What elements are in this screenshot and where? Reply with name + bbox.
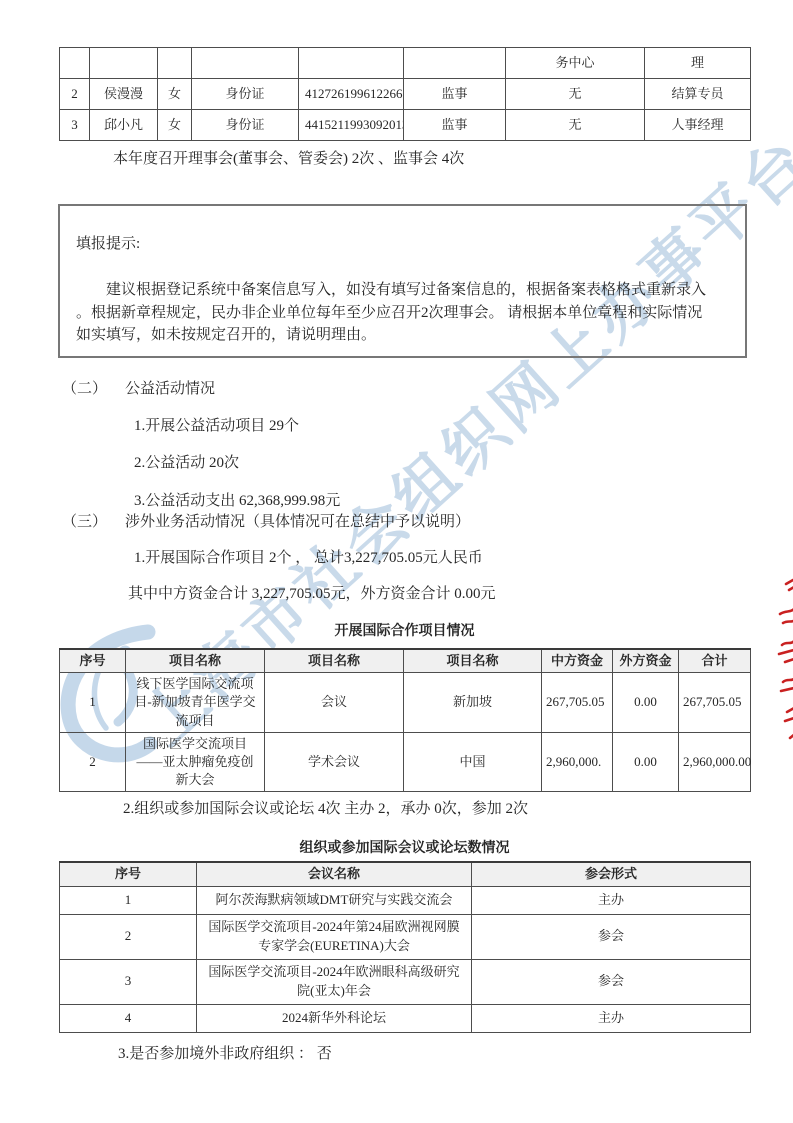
table-row: 2 侯漫漫 女 身份证 4127261996122662 监事 无 结算专员 xyxy=(60,79,751,110)
section-3-title: 涉外业务活动情况（具体情况可在总结中予以说明） xyxy=(125,510,470,531)
column-header: 中方资金 xyxy=(542,649,613,673)
table-row: 3 国际医学交流项目-2024年欧洲眼科高级研究院(亚太)年会 参会 xyxy=(60,959,751,1004)
table-cell: 2,960,000.00 xyxy=(679,732,751,792)
table-cell: 4127261996122662 xyxy=(299,79,404,110)
table-cell xyxy=(404,48,506,79)
table-cell: 中国 xyxy=(404,732,542,792)
table-cell: 3 xyxy=(60,959,197,1004)
table-cell: 2 xyxy=(60,79,90,110)
table-cell: 1 xyxy=(60,886,197,914)
section-3-item: 其中中方资金合计 3,227,705.05元，外方资金合计 0.00元 xyxy=(128,582,496,603)
tips-body-line: 。根据新章程规定，民办非企业单位每年至少应召开2次理事会。 请根据本单位章程和实… xyxy=(76,302,731,325)
column-header: 序号 xyxy=(60,649,126,673)
table-header-row: 序号 项目名称 项目名称 项目名称 中方资金 外方资金 合计 xyxy=(60,649,751,673)
personnel-table: 务中心 理 2 侯漫漫 女 身份证 4127261996122662 监事 无 … xyxy=(59,47,751,141)
table-cell: 4 xyxy=(60,1004,197,1032)
conference-note: 2.组织或参加国际会议或论坛 4次 主办 2，承办 0次，参加 2次 xyxy=(123,797,528,818)
section-2-index: （二） xyxy=(62,377,107,398)
table-cell: 侯漫漫 xyxy=(90,79,158,110)
section-3-item: 1.开展国际合作项目 2个 ， 总计3,227,705.05元人民币 xyxy=(134,546,483,567)
column-header: 外方资金 xyxy=(613,649,679,673)
table-cell: 阿尔茨海默病领域DMT研究与实践交流会 xyxy=(197,886,472,914)
conference-table-title: 组织或参加国际会议或论坛数情况 xyxy=(59,837,750,857)
column-header: 项目名称 xyxy=(404,649,542,673)
table-header-row: 序号 会议名称 参会形式 xyxy=(60,862,751,886)
table-cell xyxy=(158,48,192,79)
table-cell: 务中心 xyxy=(506,48,645,79)
table-row: 4 2024新华外科论坛 主办 xyxy=(60,1004,751,1032)
table-cell: 邱小凡 xyxy=(90,110,158,141)
report-page: 上海市社会组织网上办事平台 xyxy=(0,0,793,1123)
table-cell: 监事 xyxy=(404,79,506,110)
section-2-item: 3.公益活动支出 62,368,999.98元 xyxy=(134,489,340,510)
section-2-title: 公益活动情况 xyxy=(125,377,215,398)
table-cell: 结算专员 xyxy=(645,79,751,110)
column-header: 序号 xyxy=(60,862,197,886)
table-cell: 无 xyxy=(506,79,645,110)
table-row: 3 邱小凡 女 身份证 4415211993092013 监事 无 人事经理 xyxy=(60,110,751,141)
table-row: 1 线下医学国际交流项目-新加坡青年医学交流项目 会议 新加坡 267,705.… xyxy=(60,673,751,733)
section-2-item: 2.公益活动 20次 xyxy=(134,451,239,472)
ngo-note: 3.是否参加境外非政府组织 ： 否 xyxy=(118,1042,332,1063)
table-cell: 267,705.05 xyxy=(679,673,751,733)
table-cell: 2 xyxy=(60,732,126,792)
table-cell: 无 xyxy=(506,110,645,141)
table-cell: 2024新华外科论坛 xyxy=(197,1004,472,1032)
tips-body-line: 建议根据登记系统中备案信息写入，如没有填写过备案信息的，根据备案表格格式重新录入 xyxy=(76,279,731,302)
table-cell: 2 xyxy=(60,914,197,959)
table-cell: 3 xyxy=(60,110,90,141)
table-cell: 女 xyxy=(158,110,192,141)
table-cell: 学术会议 xyxy=(265,732,404,792)
table-row: 2 国际医学交流项目-2024年第24届欧洲视网膜专家学会(EURETINA)大… xyxy=(60,914,751,959)
table-cell: 国际医学交流项目-2024年第24届欧洲视网膜专家学会(EURETINA)大会 xyxy=(197,914,472,959)
table-cell: 0.00 xyxy=(613,673,679,733)
table-cell: 理 xyxy=(645,48,751,79)
tips-title: 填报提示: xyxy=(76,232,731,253)
table-cell: 监事 xyxy=(404,110,506,141)
table-cell: 线下医学国际交流项目-新加坡青年医学交流项目 xyxy=(126,673,265,733)
table-cell: 新加坡 xyxy=(404,673,542,733)
tips-box: 填报提示: 建议根据登记系统中备案信息写入，如没有填写过备案信息的，根据备案表格… xyxy=(58,204,747,358)
red-seal-mark-icon xyxy=(765,578,793,746)
table-cell: 参会 xyxy=(472,914,751,959)
column-header: 会议名称 xyxy=(197,862,472,886)
table-cell xyxy=(192,48,299,79)
table-cell xyxy=(299,48,404,79)
table-cell: 身份证 xyxy=(192,79,299,110)
table-cell: 国际医学交流项目-2024年欧洲眼科高级研究院(亚太)年会 xyxy=(197,959,472,1004)
table-cell xyxy=(90,48,158,79)
table-cell: 267,705.05 xyxy=(542,673,613,733)
table-cell: 1 xyxy=(60,673,126,733)
table-cell: 2,960,000. xyxy=(542,732,613,792)
table-cell: 国际医学交流项目——亚太肿瘤免疫创新大会 xyxy=(126,732,265,792)
section-2-item: 1.开展公益活动项目 29个 xyxy=(134,414,299,435)
cooperation-table-title: 开展国际合作项目情况 xyxy=(59,620,750,640)
meeting-note: 本年度召开理事会(董事会、管委会) 2次 、监事会 4次 xyxy=(113,147,464,168)
table-cell: 参会 xyxy=(472,959,751,1004)
column-header: 参会形式 xyxy=(472,862,751,886)
table-cell: 女 xyxy=(158,79,192,110)
column-header: 合计 xyxy=(679,649,751,673)
column-header: 项目名称 xyxy=(265,649,404,673)
table-row: 务中心 理 xyxy=(60,48,751,79)
section-3-index: （三） xyxy=(62,510,107,531)
table-cell: 主办 xyxy=(472,1004,751,1032)
table-row: 2 国际医学交流项目——亚太肿瘤免疫创新大会 学术会议 中国 2,960,000… xyxy=(60,732,751,792)
cooperation-table: 序号 项目名称 项目名称 项目名称 中方资金 外方资金 合计 1 线下医学国际交… xyxy=(59,648,751,792)
table-cell: 人事经理 xyxy=(645,110,751,141)
table-cell xyxy=(60,48,90,79)
table-row: 1 阿尔茨海默病领域DMT研究与实践交流会 主办 xyxy=(60,886,751,914)
table-cell: 0.00 xyxy=(613,732,679,792)
table-cell: 4415211993092013 xyxy=(299,110,404,141)
table-cell: 主办 xyxy=(472,886,751,914)
conference-table: 序号 会议名称 参会形式 1 阿尔茨海默病领域DMT研究与实践交流会 主办 2 … xyxy=(59,861,751,1033)
tips-body-line: 如实填写，如未按规定召开的，请说明理由。 xyxy=(76,324,731,347)
table-cell: 会议 xyxy=(265,673,404,733)
table-cell: 身份证 xyxy=(192,110,299,141)
column-header: 项目名称 xyxy=(126,649,265,673)
